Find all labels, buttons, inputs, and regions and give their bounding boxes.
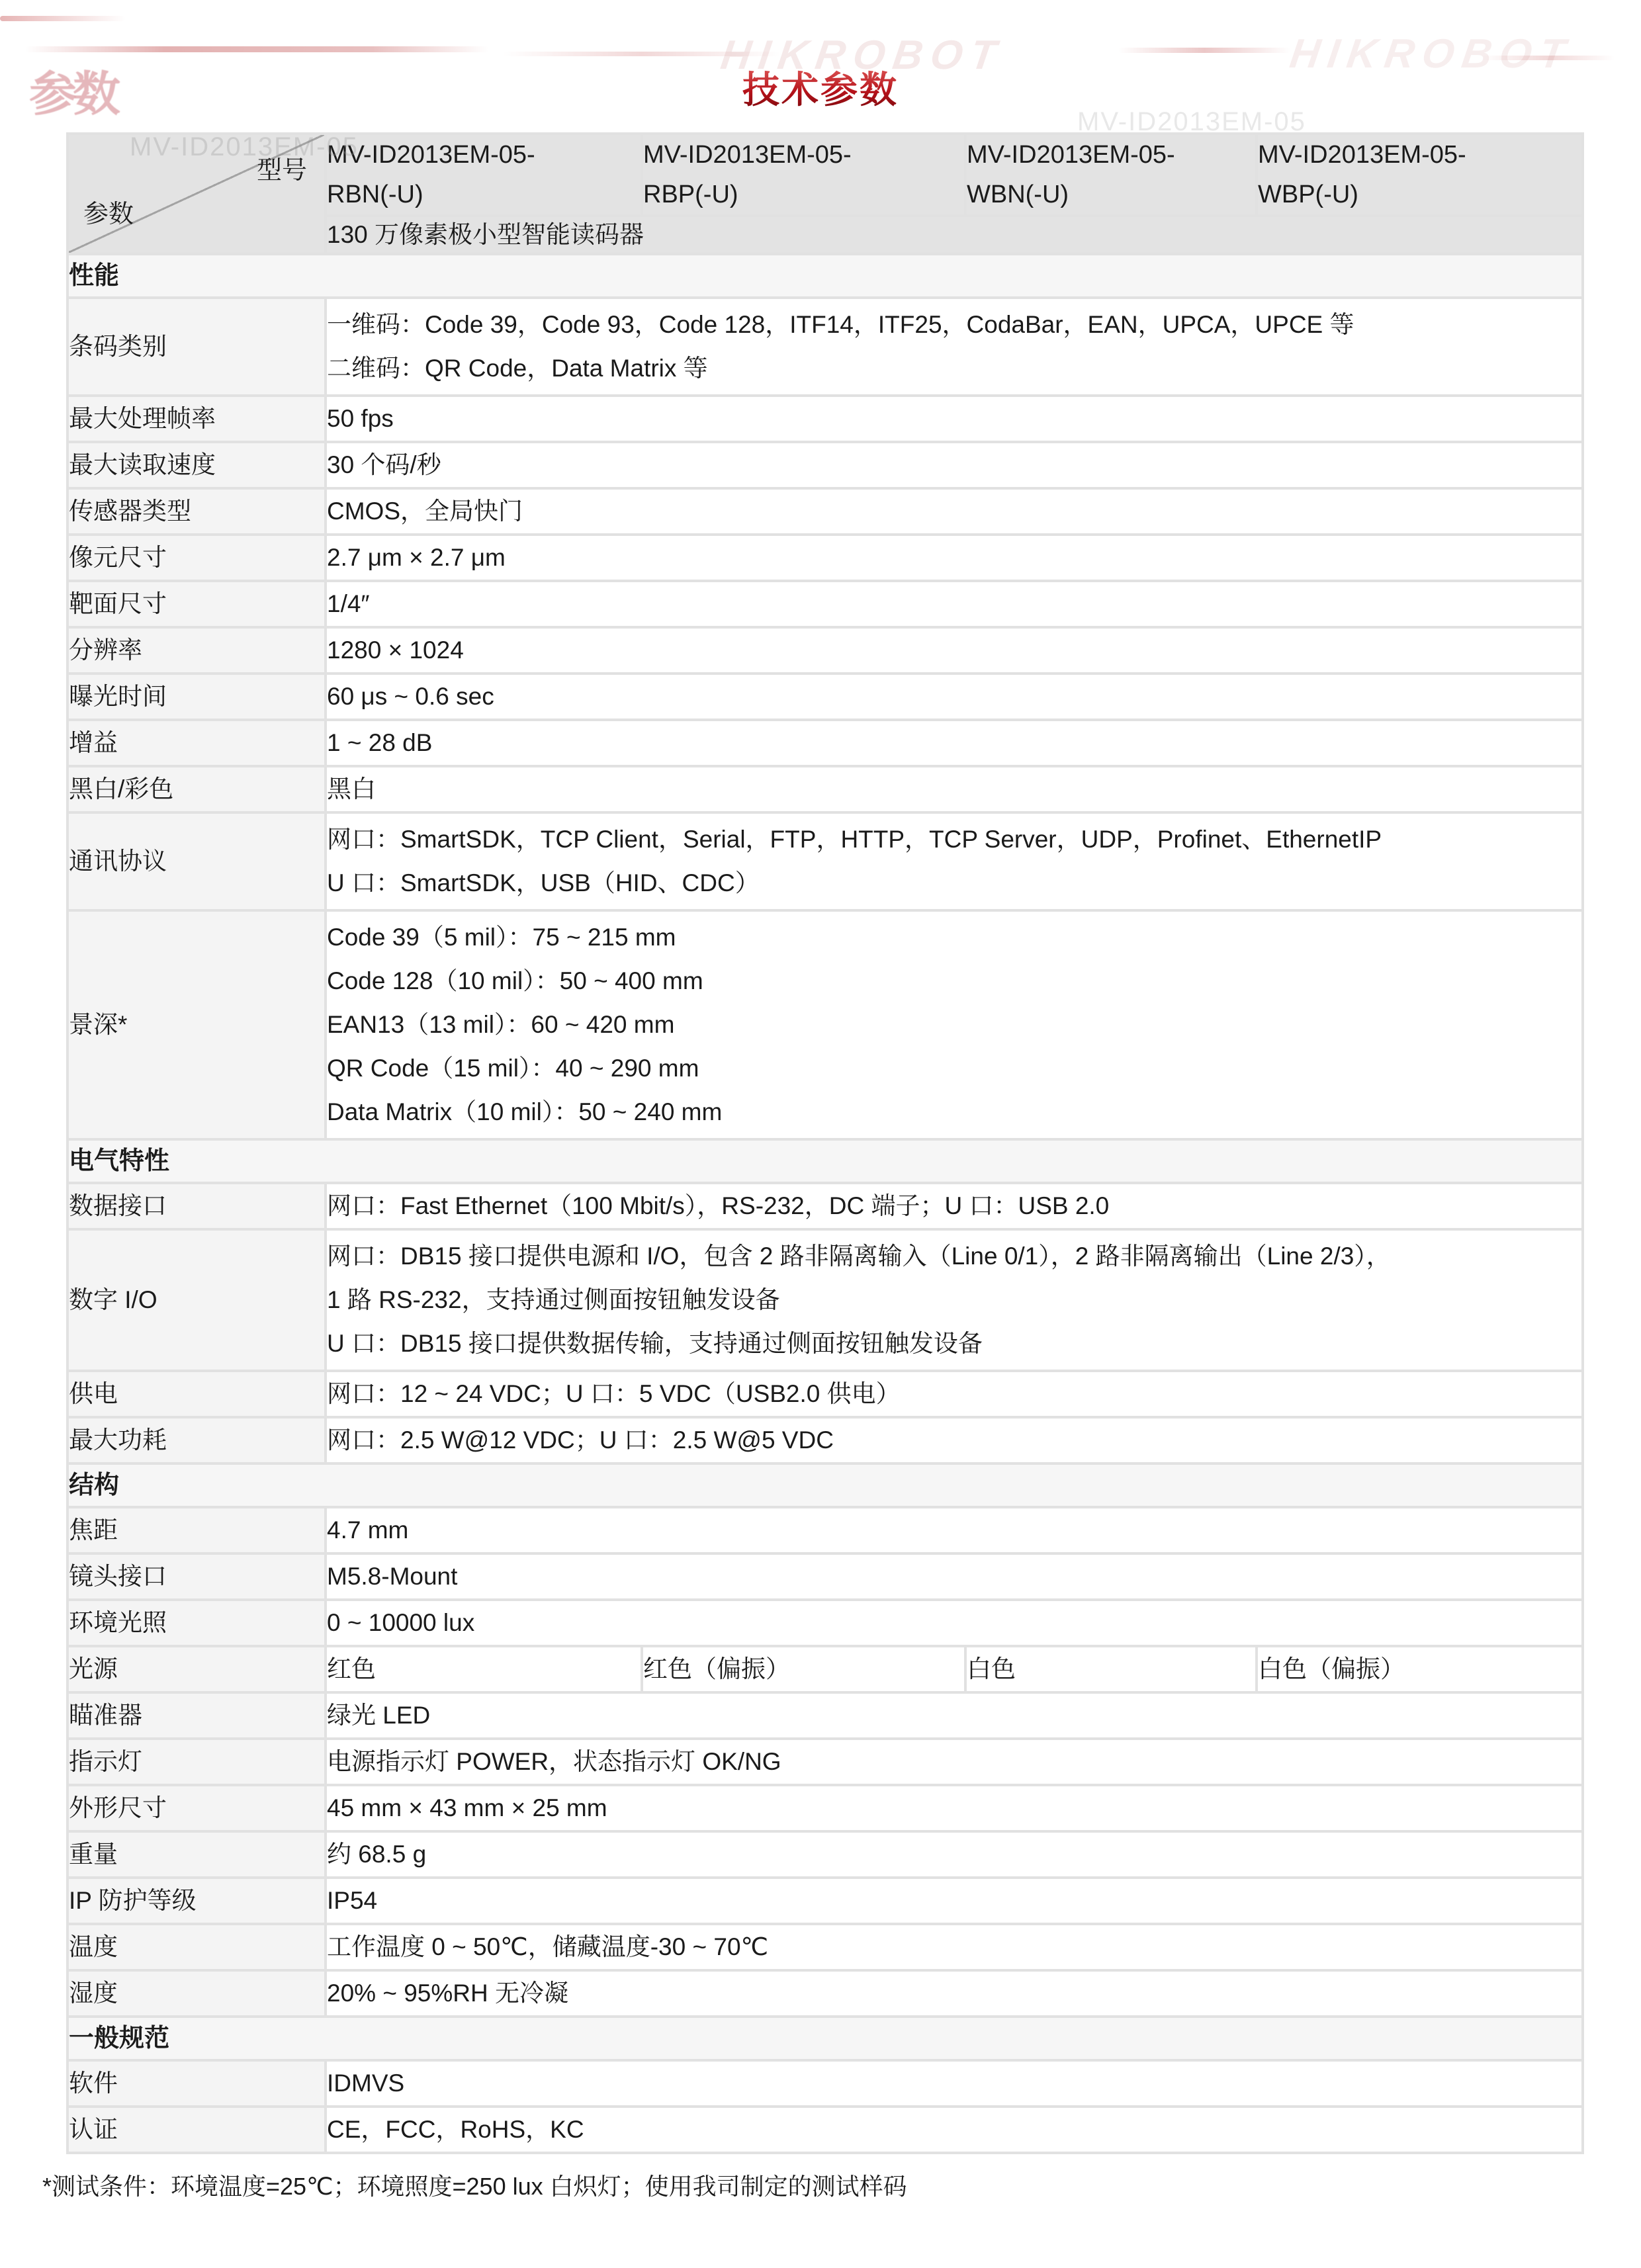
spec-row: 最大处理帧率50 fps bbox=[67, 396, 1583, 442]
spec-value-text: 网口：SmartSDK，TCP Client，Serial，FTP，HTTP，T… bbox=[327, 818, 1581, 861]
spec-value-text: U 口：DB15 接口提供数据传输，支持通过侧面按钮触发设备 bbox=[327, 1322, 1581, 1366]
spec-value-cell: 30 个码/秒 bbox=[326, 442, 1583, 488]
spec-value-text: 20% ~ 95%RH 无冷凝 bbox=[327, 1972, 1581, 2015]
spec-value-cell: 红色（偏振） bbox=[642, 1646, 965, 1692]
spec-label: 条码类别 bbox=[67, 298, 326, 396]
spec-row: 分辨率1280 × 1024 bbox=[67, 627, 1583, 674]
spec-value-cell: 1280 × 1024 bbox=[326, 627, 1583, 674]
spec-value-text: 白色 bbox=[967, 1647, 1255, 1691]
spec-value-cell: 60 μs ~ 0.6 sec bbox=[326, 674, 1583, 720]
spec-label: 最大功耗 bbox=[67, 1417, 326, 1463]
spec-value-text: 红色 bbox=[327, 1647, 641, 1691]
model-name-line: MV-ID2013EM-05- bbox=[1258, 135, 1581, 175]
spec-label: 传感器类型 bbox=[67, 488, 326, 535]
spec-row: 外形尺寸45 mm × 43 mm × 25 mm bbox=[67, 1785, 1583, 1831]
model-header-cell: MV-ID2013EM-05-RBN(-U) bbox=[326, 134, 642, 216]
spec-value-text: 绿光 LED bbox=[327, 1694, 1581, 1737]
spec-label: 像元尺寸 bbox=[67, 535, 326, 581]
spec-value-text: 一维码：Code 39，Code 93，Code 128，ITF14，ITF25… bbox=[327, 303, 1581, 347]
spec-value-cell: 0 ~ 10000 lux bbox=[326, 1600, 1583, 1646]
spec-value-text: 网口：Fast Ethernet（100 Mbit/s），RS-232，DC 端… bbox=[327, 1184, 1581, 1228]
spec-value-cell: CMOS，全局快门 bbox=[326, 488, 1583, 535]
spec-label: 曝光时间 bbox=[67, 674, 326, 720]
spec-value-cell: 网口：SmartSDK，TCP Client，Serial，FTP，HTTP，T… bbox=[326, 812, 1583, 910]
spec-value-cell: 网口：12 ~ 24 VDC；U 口：5 VDC（USB2.0 供电） bbox=[326, 1371, 1583, 1417]
spec-label: 光源 bbox=[67, 1646, 326, 1692]
spec-value-text: 工作温度 0 ~ 50℃，储藏温度-30 ~ 70℃ bbox=[327, 1925, 1581, 1969]
spec-value-cell: 网口：2.5 W@12 VDC；U 口：2.5 W@5 VDC bbox=[326, 1417, 1583, 1463]
section-header-row: 电气特性 bbox=[67, 1139, 1583, 1183]
spec-value-cell: 黑白 bbox=[326, 766, 1583, 812]
spec-value-cell: M5.8-Mount bbox=[326, 1553, 1583, 1600]
spec-row: 通讯协议网口：SmartSDK，TCP Client，Serial，FTP，HT… bbox=[67, 812, 1583, 910]
page-title-text: 技术参数 bbox=[742, 69, 899, 110]
spec-value-text: IP54 bbox=[327, 1879, 1581, 1923]
spec-row: 黑白/彩色黑白 bbox=[67, 766, 1583, 812]
spec-row: 认证CE，FCC，RoHS，KC bbox=[67, 2107, 1583, 2153]
model-name-line: MV-ID2013EM-05- bbox=[643, 135, 964, 175]
spec-row: 瞄准器绿光 LED bbox=[67, 1692, 1583, 1739]
spec-value-cell: 50 fps bbox=[326, 396, 1583, 442]
spec-row: 指示灯电源指示灯 POWER，状态指示灯 OK/NG bbox=[67, 1739, 1583, 1785]
spec-label: 数字 I/O bbox=[67, 1229, 326, 1371]
spec-value-text: 1280 × 1024 bbox=[327, 629, 1581, 672]
spec-row: 软件IDMVS bbox=[67, 2060, 1583, 2107]
spec-label: 通讯协议 bbox=[67, 812, 326, 910]
spec-value-text: 1/4″ bbox=[327, 582, 1581, 626]
spec-value-cell: 白色 bbox=[965, 1646, 1257, 1692]
spec-value-cell: 4.7 mm bbox=[326, 1507, 1583, 1553]
spec-label: 湿度 bbox=[67, 1970, 326, 2017]
spec-row: 曝光时间60 μs ~ 0.6 sec bbox=[67, 674, 1583, 720]
spec-row: 最大功耗网口：2.5 W@12 VDC；U 口：2.5 W@5 VDC bbox=[67, 1417, 1583, 1463]
spec-value-text: Code 128（10 mil）：50 ~ 400 mm bbox=[327, 959, 1581, 1003]
page-title: 技术参数 bbox=[0, 0, 1641, 114]
section-header-row: 性能 bbox=[67, 254, 1583, 298]
spec-value-cell: 一维码：Code 39，Code 93，Code 128，ITF14，ITF25… bbox=[326, 298, 1583, 396]
section-header-row: 结构 bbox=[67, 1463, 1583, 1507]
spec-label: 黑白/彩色 bbox=[67, 766, 326, 812]
spec-value-cell: Code 39（5 mil）：75 ~ 215 mmCode 128（10 mi… bbox=[326, 910, 1583, 1139]
section-title: 性能 bbox=[67, 254, 1583, 298]
spec-value-cell: 绿光 LED bbox=[326, 1692, 1583, 1739]
spec-value-text: 30 个码/秒 bbox=[327, 443, 1581, 487]
spec-value-cell: IDMVS bbox=[326, 2060, 1583, 2107]
model-name-line: RBP(-U) bbox=[643, 175, 964, 214]
spec-value-text: 电源指示灯 POWER，状态指示灯 OK/NG bbox=[327, 1740, 1581, 1784]
spec-label: 指示灯 bbox=[67, 1739, 326, 1785]
spec-value-text: QR Code（15 mil）：40 ~ 290 mm bbox=[327, 1047, 1581, 1090]
spec-label: 景深* bbox=[67, 910, 326, 1139]
spec-label: 环境光照 bbox=[67, 1600, 326, 1646]
section-title: 一般规范 bbox=[67, 2017, 1583, 2060]
spec-value-cell: 1 ~ 28 dB bbox=[326, 720, 1583, 766]
spec-row: 增益1 ~ 28 dB bbox=[67, 720, 1583, 766]
spec-value-text: Code 39（5 mil）：75 ~ 215 mm bbox=[327, 916, 1581, 959]
spec-row: 像元尺寸2.7 μm × 2.7 μm bbox=[67, 535, 1583, 581]
spec-row: 最大读取速度30 个码/秒 bbox=[67, 442, 1583, 488]
spec-value-cell: 45 mm × 43 mm × 25 mm bbox=[326, 1785, 1583, 1831]
spec-value-text: M5.8-Mount bbox=[327, 1555, 1581, 1598]
spec-value-text: IDMVS bbox=[327, 2062, 1581, 2105]
spec-label: 认证 bbox=[67, 2107, 326, 2153]
spec-value-text: 50 fps bbox=[327, 397, 1581, 441]
spec-value-text: 二维码：QR Code，Data Matrix 等 bbox=[327, 347, 1581, 390]
spec-label: 数据接口 bbox=[67, 1183, 326, 1229]
spec-row: 传感器类型CMOS，全局快门 bbox=[67, 488, 1583, 535]
spec-value-text: EAN13（13 mil）：60 ~ 420 mm bbox=[327, 1003, 1581, 1047]
model-header-cell: MV-ID2013EM-05-WBN(-U) bbox=[965, 134, 1257, 216]
model-description: 130 万像素极小型智能读码器 bbox=[327, 217, 1581, 253]
spec-value-cell: 白色（偏振） bbox=[1257, 1646, 1583, 1692]
spec-value-text: U 口：SmartSDK，USB（HID、CDC） bbox=[327, 861, 1581, 905]
model-name-line: MV-ID2013EM-05- bbox=[967, 135, 1255, 175]
spec-label: 供电 bbox=[67, 1371, 326, 1417]
spec-value-cell: 红色 bbox=[326, 1646, 642, 1692]
spec-label: 镜头接口 bbox=[67, 1553, 326, 1600]
spec-value-text: 网口：12 ~ 24 VDC；U 口：5 VDC（USB2.0 供电） bbox=[327, 1372, 1581, 1416]
spec-row: 条码类别一维码：Code 39，Code 93，Code 128，ITF14，I… bbox=[67, 298, 1583, 396]
spec-value-text: 网口：2.5 W@12 VDC；U 口：2.5 W@5 VDC bbox=[327, 1418, 1581, 1462]
spec-row: 数据接口网口：Fast Ethernet（100 Mbit/s），RS-232，… bbox=[67, 1183, 1583, 1229]
spec-label: 增益 bbox=[67, 720, 326, 766]
spec-value-text: CE，FCC，RoHS，KC bbox=[327, 2108, 1581, 2152]
spec-value-cell: IP54 bbox=[326, 1878, 1583, 1924]
model-name-line: WBN(-U) bbox=[967, 175, 1255, 214]
model-header-row: 型号 参数 MV-ID2013EM-05-RBN(-U)MV-ID2013EM-… bbox=[67, 134, 1583, 216]
spec-row: 温度工作温度 0 ~ 50℃，储藏温度-30 ~ 70℃ bbox=[67, 1924, 1583, 1970]
spec-value-text: CMOS，全局快门 bbox=[327, 490, 1581, 533]
spec-value-text: 4.7 mm bbox=[327, 1508, 1581, 1552]
spec-row: IP 防护等级IP54 bbox=[67, 1878, 1583, 1924]
spec-label: IP 防护等级 bbox=[67, 1878, 326, 1924]
spec-value-text: 60 μs ~ 0.6 sec bbox=[327, 675, 1581, 719]
spec-row: 光源红色红色（偏振）白色白色（偏振） bbox=[67, 1646, 1583, 1692]
spec-value-text: 白色（偏振） bbox=[1258, 1647, 1581, 1691]
spec-sheet-page: 参数 HIKROBOT HIKROBOT MV-ID2013EM-05 MV-I… bbox=[0, 0, 1641, 2268]
spec-row: 靶面尺寸1/4″ bbox=[67, 581, 1583, 627]
corner-label-model: 型号 bbox=[257, 150, 307, 186]
spec-label: 最大处理帧率 bbox=[67, 396, 326, 442]
spec-label: 靶面尺寸 bbox=[67, 581, 326, 627]
spec-value-cell: 约 68.5 g bbox=[326, 1831, 1583, 1878]
spec-label: 最大读取速度 bbox=[67, 442, 326, 488]
spec-value-text: 45 mm × 43 mm × 25 mm bbox=[327, 1786, 1581, 1830]
corner-label-param: 参数 bbox=[83, 193, 134, 230]
spec-label: 焦距 bbox=[67, 1507, 326, 1553]
spec-label: 分辨率 bbox=[67, 627, 326, 674]
spec-row: 供电网口：12 ~ 24 VDC；U 口：5 VDC（USB2.0 供电） bbox=[67, 1371, 1583, 1417]
spec-value-text: 网口：DB15 接口提供电源和 I/O，包含 2 路非隔离输入（Line 0/1… bbox=[327, 1235, 1581, 1278]
spec-value-text: 黑白 bbox=[327, 767, 1581, 811]
corner-cell: 型号 参数 bbox=[67, 134, 326, 254]
spec-value-cell: 1/4″ bbox=[326, 581, 1583, 627]
spec-value-text: 红色（偏振） bbox=[643, 1647, 964, 1691]
spec-value-cell: CE，FCC，RoHS，KC bbox=[326, 2107, 1583, 2153]
spec-value-text: 0 ~ 10000 lux bbox=[327, 1601, 1581, 1645]
model-header-cell: MV-ID2013EM-05-WBP(-U) bbox=[1257, 134, 1583, 216]
spec-row: 景深*Code 39（5 mil）：75 ~ 215 mmCode 128（10… bbox=[67, 910, 1583, 1139]
section-title: 电气特性 bbox=[67, 1139, 1583, 1183]
spec-value-cell: 网口：DB15 接口提供电源和 I/O，包含 2 路非隔离输入（Line 0/1… bbox=[326, 1229, 1583, 1371]
model-description-cell: 130 万像素极小型智能读码器 bbox=[326, 216, 1583, 254]
model-name-line: MV-ID2013EM-05- bbox=[327, 135, 641, 175]
spec-value-cell: 电源指示灯 POWER，状态指示灯 OK/NG bbox=[326, 1739, 1583, 1785]
spec-row: 环境光照0 ~ 10000 lux bbox=[67, 1600, 1583, 1646]
spec-label: 重量 bbox=[67, 1831, 326, 1878]
section-header-row: 一般规范 bbox=[67, 2017, 1583, 2060]
spec-value-cell: 工作温度 0 ~ 50℃，储藏温度-30 ~ 70℃ bbox=[326, 1924, 1583, 1970]
spec-row: 焦距4.7 mm bbox=[67, 1507, 1583, 1553]
model-name-line: WBP(-U) bbox=[1258, 175, 1581, 214]
model-header-cell: MV-ID2013EM-05-RBP(-U) bbox=[642, 134, 965, 216]
spec-label: 软件 bbox=[67, 2060, 326, 2107]
spec-row: 重量约 68.5 g bbox=[67, 1831, 1583, 1878]
spec-label: 瞄准器 bbox=[67, 1692, 326, 1739]
spec-value-text: Data Matrix（10 mil）：50 ~ 240 mm bbox=[327, 1090, 1581, 1134]
spec-label: 外形尺寸 bbox=[67, 1785, 326, 1831]
spec-value-cell: 2.7 μm × 2.7 μm bbox=[326, 535, 1583, 581]
spec-value-text: 2.7 μm × 2.7 μm bbox=[327, 536, 1581, 580]
spec-value-text: 约 68.5 g bbox=[327, 1833, 1581, 1876]
spec-label: 温度 bbox=[67, 1924, 326, 1970]
spec-table: 型号 参数 MV-ID2013EM-05-RBN(-U)MV-ID2013EM-… bbox=[66, 132, 1584, 2154]
spec-value-text: 1 ~ 28 dB bbox=[327, 721, 1581, 765]
spec-value-text: 1 路 RS-232，支持通过侧面按钮触发设备 bbox=[327, 1278, 1581, 1322]
spec-row: 数字 I/O网口：DB15 接口提供电源和 I/O，包含 2 路非隔离输入（Li… bbox=[67, 1229, 1583, 1371]
spec-row: 镜头接口M5.8-Mount bbox=[67, 1553, 1583, 1600]
spec-row: 湿度20% ~ 95%RH 无冷凝 bbox=[67, 1970, 1583, 2017]
spec-value-cell: 20% ~ 95%RH 无冷凝 bbox=[326, 1970, 1583, 2017]
footnote: *测试条件：环境温度=25℃；环境照度=250 lux 白炽灯；使用我司制定的测… bbox=[42, 2171, 1641, 2202]
model-name-line: RBN(-U) bbox=[327, 175, 641, 214]
section-title: 结构 bbox=[67, 1463, 1583, 1507]
spec-value-cell: 网口：Fast Ethernet（100 Mbit/s），RS-232，DC 端… bbox=[326, 1183, 1583, 1229]
